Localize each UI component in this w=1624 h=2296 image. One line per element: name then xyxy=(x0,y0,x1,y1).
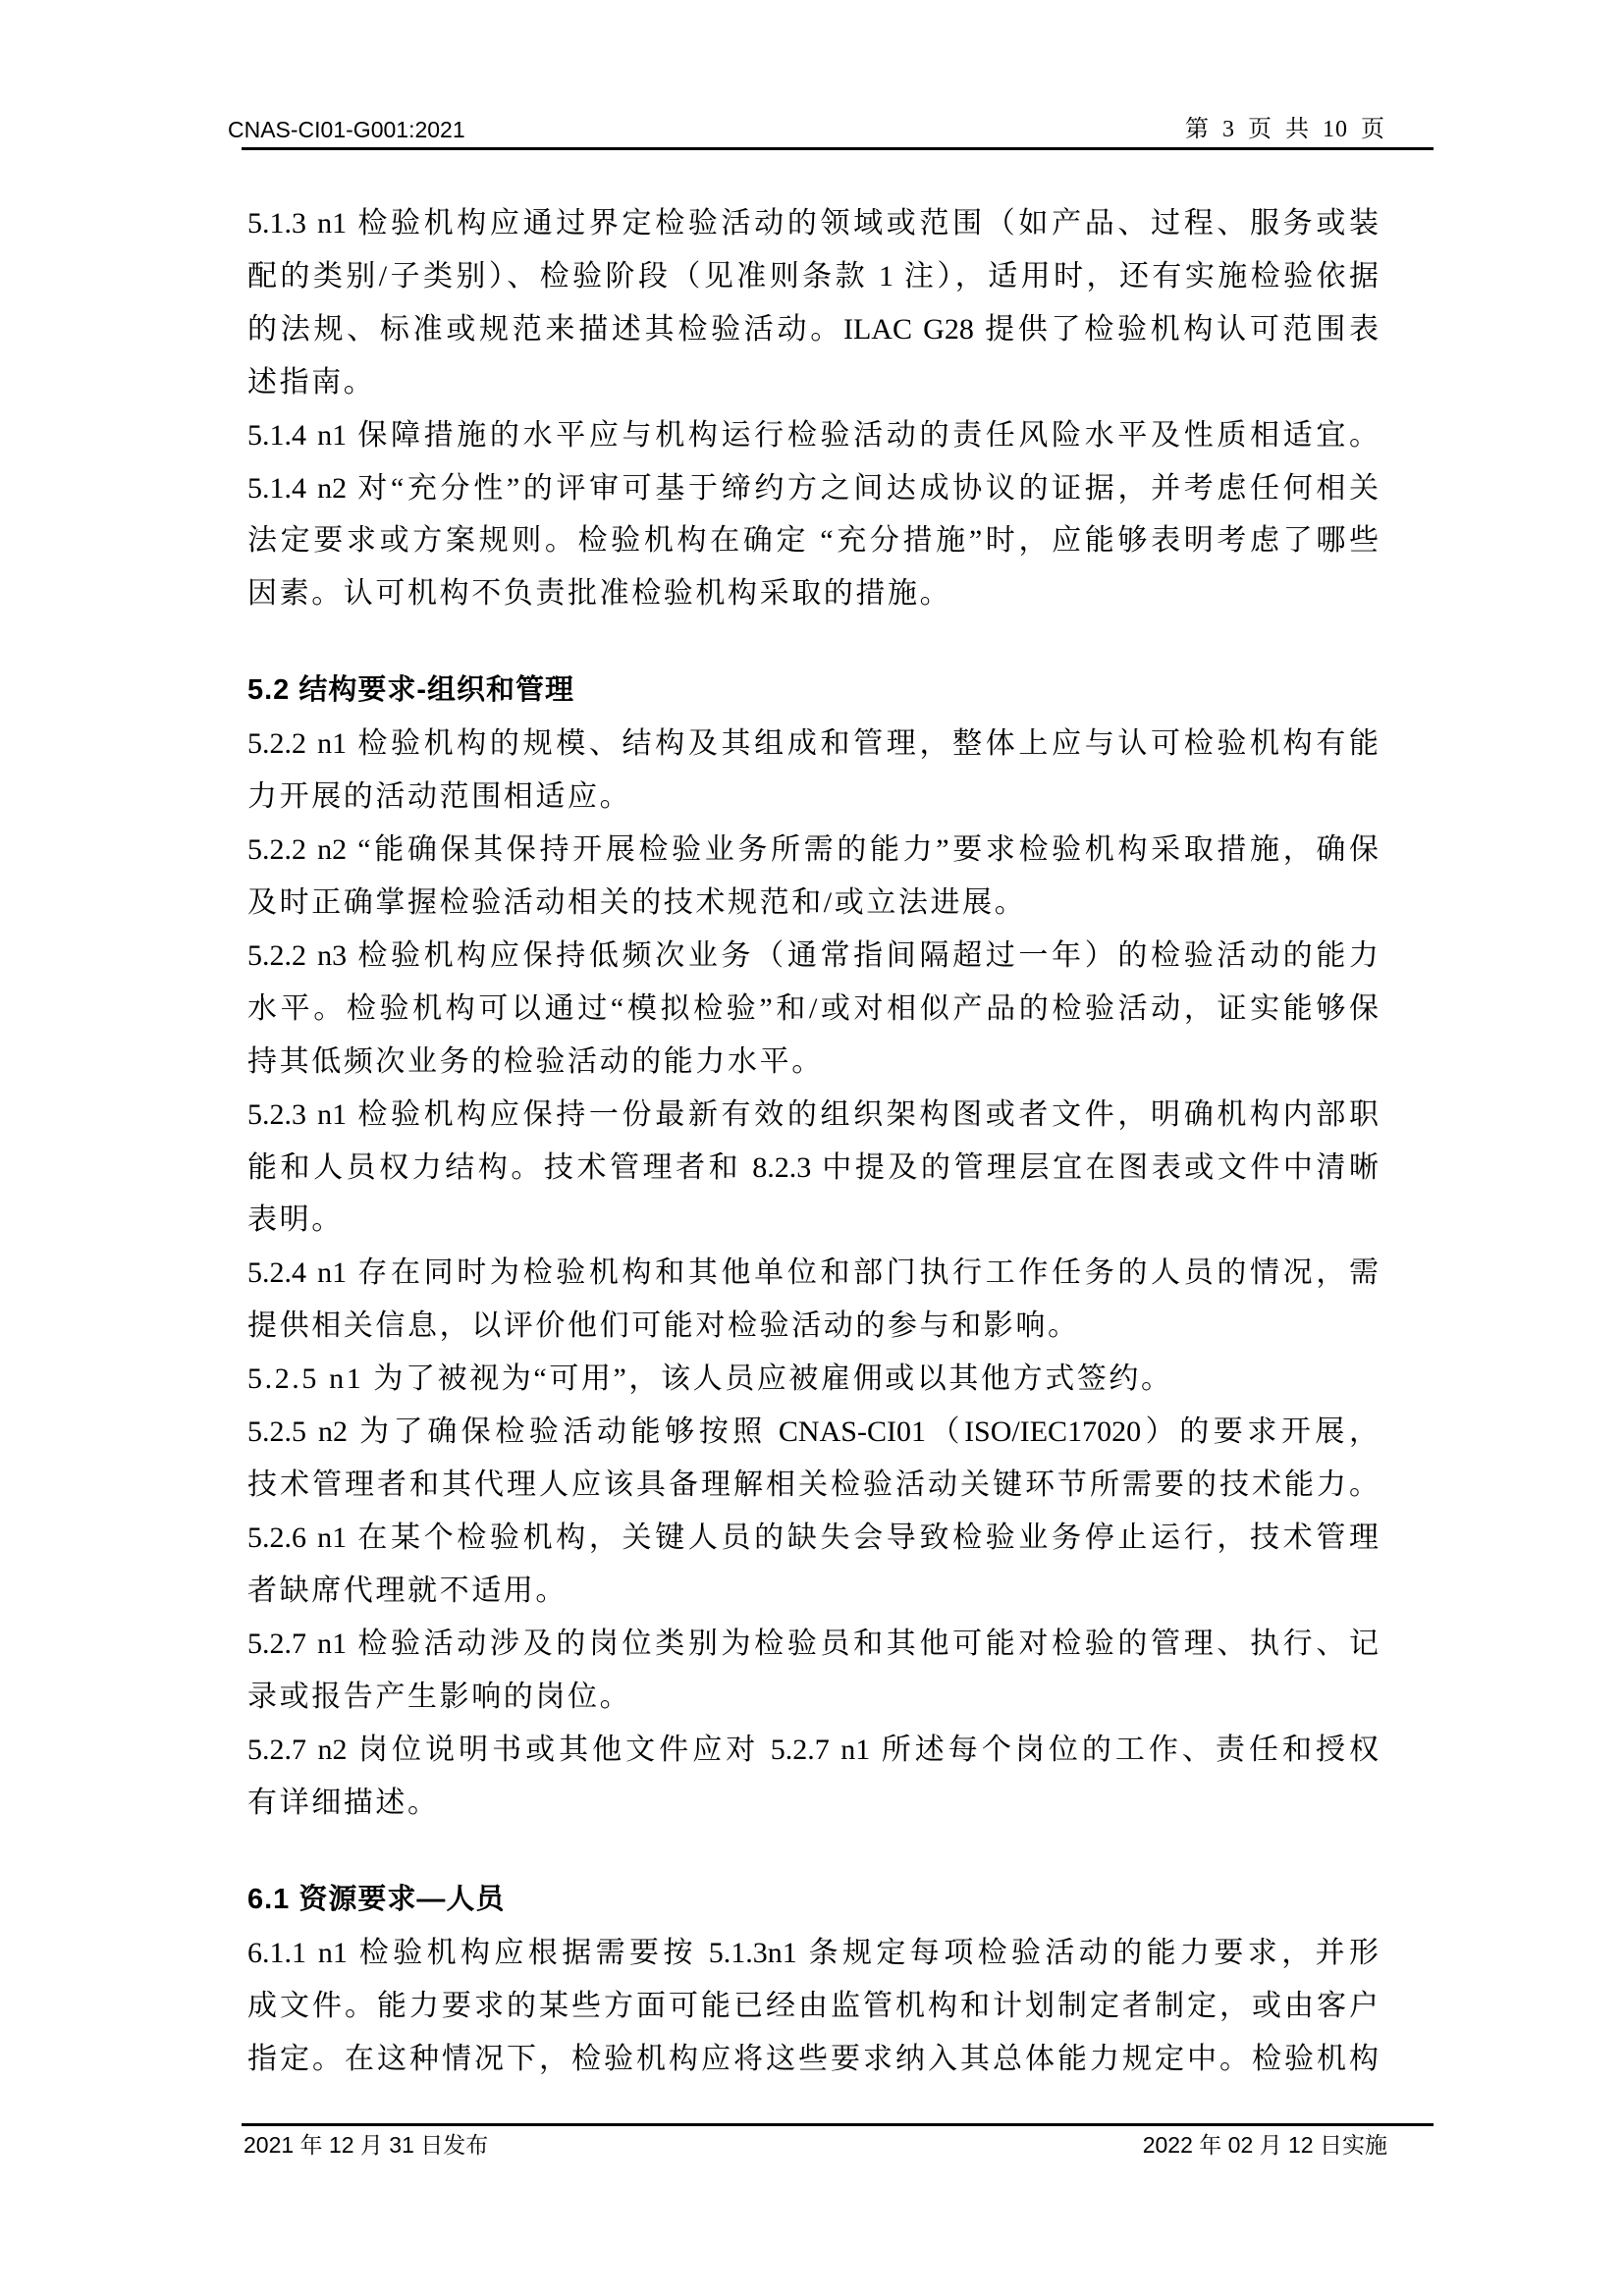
text-line: 及时正确掌握检验活动相关的技术规范和/或立法进展。 xyxy=(247,883,1379,923)
text-line: 成文件。能力要求的某些方面可能已经由监管机构和计划制定者制定，或由客户 xyxy=(247,1987,1379,2026)
section-heading: 6.1 资源要求—人员 xyxy=(247,1880,505,1919)
header-doc-code: CNAS-CI01-G001:2021 xyxy=(228,116,465,143)
text-line: 水平。检验机构可以通过“模拟检验”和/或对相似产品的检验活动，证实能够保 xyxy=(247,989,1379,1029)
text-line: 5.1.4 n1 保障措施的水平应与机构运行检验活动的责任风险水平及性质相适宜。 xyxy=(247,416,1379,455)
text-line: 表明。 xyxy=(247,1201,1379,1240)
text-line: 5.2.7 n2 岗位说明书或其他文件应对 5.2.7 n1 所述每个岗位的工作… xyxy=(247,1731,1379,1770)
text-line: 技术管理者和其代理人应该具备理解相关检验活动关键环节所需要的技术能力。 xyxy=(247,1466,1379,1505)
text-line: 5.2.4 n1 存在同时为检验机构和其他单位和部门执行工作任务的人员的情况，需 xyxy=(247,1254,1379,1293)
text-line: 法定要求或方案规则。检验机构在确定 “充分措施”时，应能够表明考虑了哪些 xyxy=(247,521,1379,561)
text-line: 5.1.3 n1 检验机构应通过界定检验活动的领域或范围（如产品、过程、服务或装 xyxy=(247,204,1379,243)
text-line: 5.2.7 n1 检验活动涉及的岗位类别为检验员和其他可能对检验的管理、执行、记 xyxy=(247,1625,1379,1664)
text-line: 有详细描述。 xyxy=(247,1784,1379,1823)
text-line: 的法规、标准或规范来描述其检验活动。ILAC G28 提供了检验机构认可范围表 xyxy=(247,310,1379,349)
text-line: 提供相关信息，以评价他们可能对检验活动的参与和影响。 xyxy=(247,1307,1379,1346)
text-line: 5.1.4 n2 对“充分性”的评审可基于缔约方之间达成协议的证据，并考虑任何相… xyxy=(247,469,1379,508)
text-line: 6.1.1 n1 检验机构应根据需要按 5.1.3n1 条规定每项检验活动的能力… xyxy=(247,1934,1379,1973)
text-line: 5.2.5 n2 为了确保检验活动能够按照 CNAS-CI01（ISO/IEC1… xyxy=(247,1413,1379,1452)
text-line: 5.2.6 n1 在某个检验机构，关键人员的缺失会导致检验业务停止运行，技术管理 xyxy=(247,1519,1379,1558)
text-line: 配的类别/子类别）、检验阶段（见准则条款 1 注），适用时，还有实施检验依据 xyxy=(247,257,1379,296)
footer-issue-date: 2021 年 12 月 31 日发布 xyxy=(244,2131,488,2159)
text-line: 因素。认可机构不负责批准检验机构采取的措施。 xyxy=(247,574,1379,614)
footer-effective-date: 2022 年 02 月 12 日实施 xyxy=(1143,2131,1387,2159)
header-rule xyxy=(242,147,1434,150)
text-line: 述指南。 xyxy=(247,363,1379,402)
header-page-info: 第 3 页 共 10 页 xyxy=(1185,116,1385,143)
text-line: 能和人员权力结构。技术管理者和 8.2.3 中提及的管理层宜在图表或文件中清晰 xyxy=(247,1148,1379,1188)
text-line: 持其低频次业务的检验活动的能力水平。 xyxy=(247,1042,1379,1082)
text-line: 5.2.3 n1 检验机构应保持一份最新有效的组织架构图或者文件，明确机构内部职 xyxy=(247,1095,1379,1135)
text-line: 指定。在这种情况下，检验机构应将这些要求纳入其总体能力规定中。检验机构 xyxy=(247,2040,1379,2079)
text-line: 5.2.2 n3 检验机构应保持低频次业务（通常指间隔超过一年）的检验活动的能力 xyxy=(247,936,1379,976)
document-page: CNAS-CI01-G001:2021 第 3 页 共 10 页 5.1.3 n… xyxy=(0,0,1624,2296)
section-heading: 5.2 结构要求-组织和管理 xyxy=(247,670,574,710)
text-line: 力开展的活动范围相适应。 xyxy=(247,777,1379,817)
text-line: 5.2.5 n1 为了被视为“可用”，该人员应被雇佣或以其他方式签约。 xyxy=(247,1360,1379,1399)
text-line: 5.2.2 n1 检验机构的规模、结构及其组成和管理，整体上应与认可检验机构有能 xyxy=(247,724,1379,764)
text-line: 5.2.2 n2 “能确保其保持开展检验业务所需的能力”要求检验机构采取措施，确… xyxy=(247,830,1379,870)
text-line: 者缺席代理就不适用。 xyxy=(247,1572,1379,1611)
text-line: 录或报告产生影响的岗位。 xyxy=(247,1678,1379,1717)
footer-rule xyxy=(242,2123,1434,2126)
